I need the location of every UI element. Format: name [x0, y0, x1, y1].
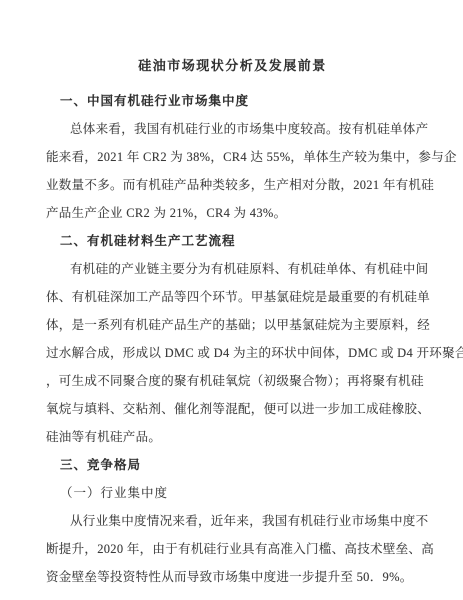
text-line: 有机硅的产业链主要分为有机硅原料、有机硅单体、有机硅中间	[46, 255, 419, 283]
document-title: 硅油市场现状分析及发展前景	[46, 56, 419, 76]
text-line: 断提升，2020 年，由于有机硅行业具有高准入门槛、高技术壁垒、高	[46, 535, 419, 563]
text-line: 氧烷与填料、交粘剂、催化剂等混配，便可以进一步加工成硅橡胶、	[46, 395, 419, 423]
document-page: 硅油市场现状分析及发展前景 一、中国有机硅行业市场集中度 总体来看，我国有机硅行…	[0, 0, 463, 600]
text-line: 从行业集中度情况来看，近年来，我国有机硅行业市场集中度不	[46, 507, 419, 535]
text-line: 过水解合成，形成以 DMC 或 D4 为主的环状中间体，DMC 或 D4 开环聚…	[46, 339, 419, 367]
text-line: 体、有机硅深加工产品等四个环节。甲基氯硅烷是最重要的有机硅单	[46, 283, 419, 311]
text-line: 资金壁垒等投资特性从而导致市场集中度进一步提升至 50．9%。	[46, 563, 419, 591]
section-heading-2: 二、有机硅材料生产工艺流程	[46, 227, 419, 255]
document-content: 硅油市场现状分析及发展前景 一、中国有机硅行业市场集中度 总体来看，我国有机硅行…	[0, 0, 463, 591]
text-line: 能来看，2021 年 CR2 为 38%，CR4 达 55%，单体生产较为集中，…	[46, 143, 419, 171]
section-heading-3: 三、竞争格局	[46, 451, 419, 479]
section-heading-1: 一、中国有机硅行业市场集中度	[46, 87, 419, 115]
text-line: 体，是一系列有机硅产品生产的基础；以甲基氯硅烷为主要原料，经	[46, 311, 419, 339]
text-line: 业数量不多。而有机硅产品种类较多，生产相对分散，2021 年有机硅	[46, 171, 419, 199]
text-line: ，可生成不同聚合度的聚有机硅氧烷（初级聚合物）；再将聚有机硅	[46, 367, 419, 395]
section-subheading-3-1: （一）行业集中度	[46, 479, 419, 507]
text-line: 硅油等有机硅产品。	[46, 423, 419, 451]
text-line: 总体来看，我国有机硅行业的市场集中度较高。按有机硅单体产	[46, 115, 419, 143]
text-line: 产品生产企业 CR2 为 21%，CR4 为 43%。	[46, 199, 419, 227]
